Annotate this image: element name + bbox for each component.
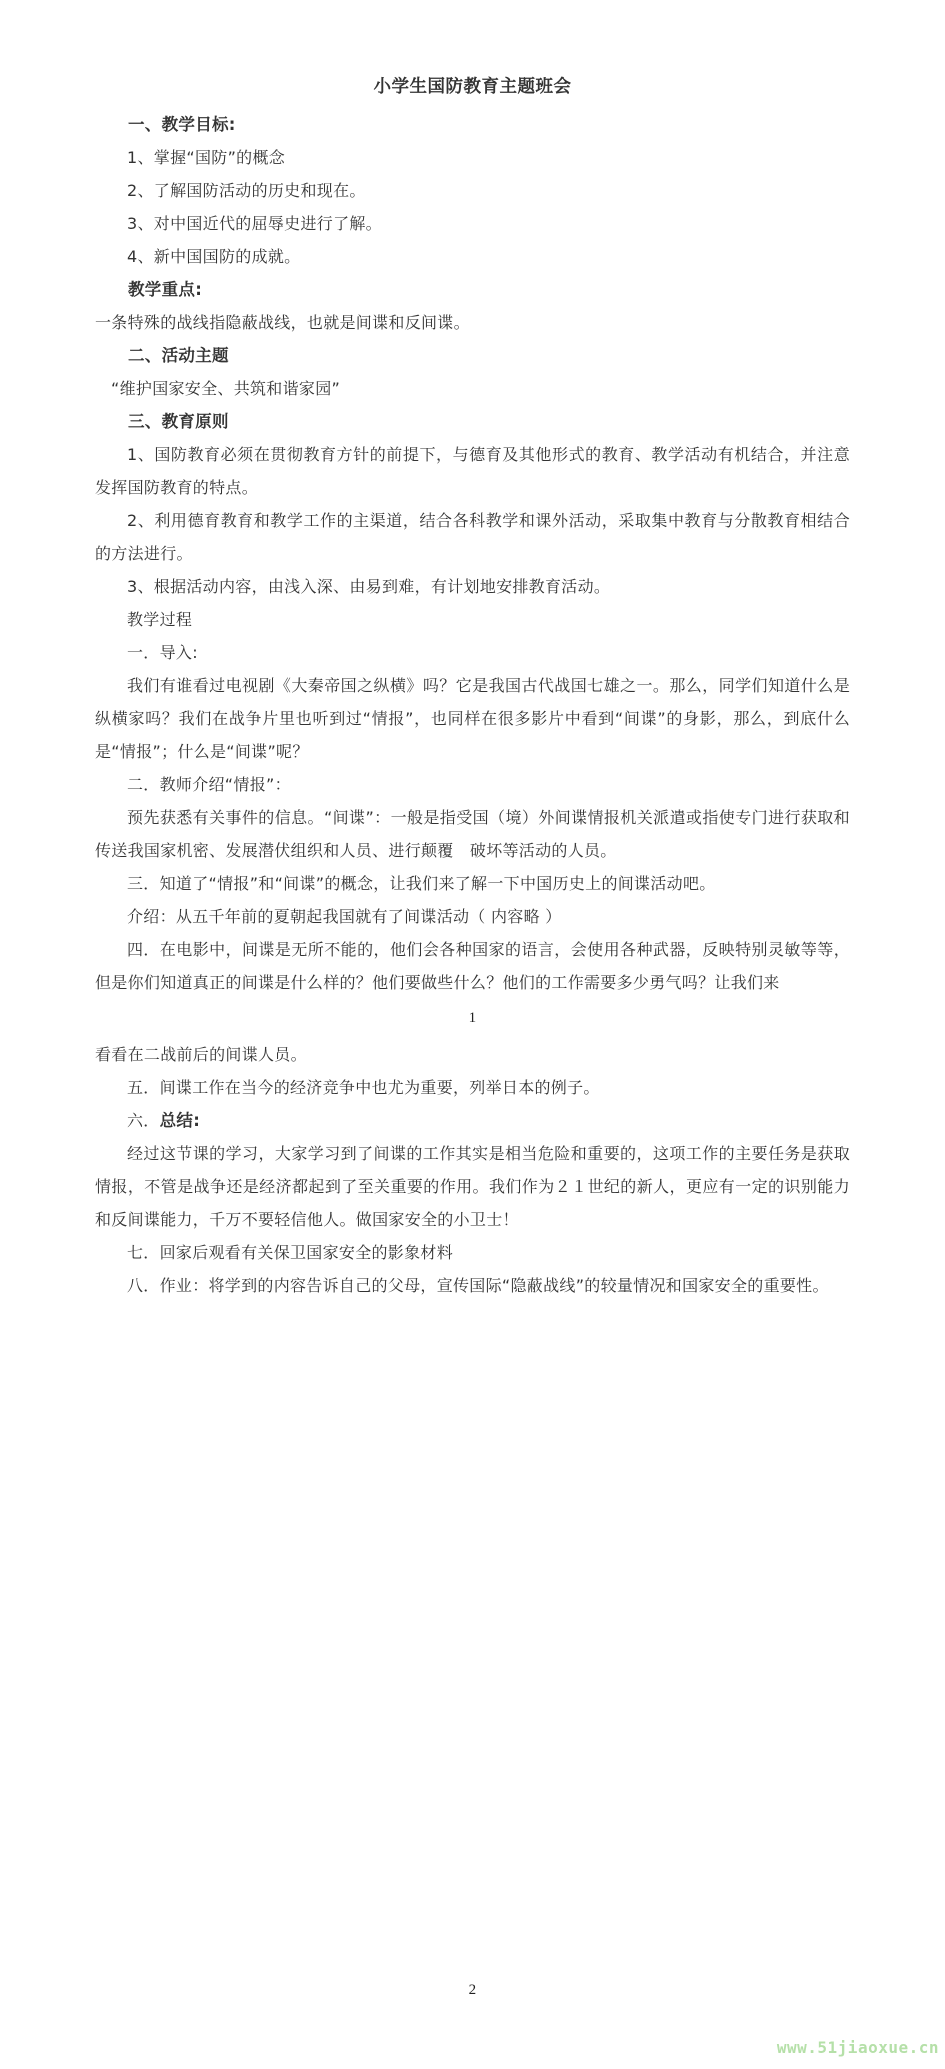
paragraph: 3、根据活动内容，由浅入深、由易到难，有计划地安排教育活动。 [95,570,850,603]
list-item: 2、了解国防活动的历史和现在。 [95,174,850,207]
list-item: 教学过程 [95,603,850,636]
paragraph: 四．在电影中，间谍是无所不能的，他们会各种国家的语言，会使用各种武器，反映特别灵… [95,933,850,999]
list-item: 3、对中国近代的屈辱史进行了解。 [95,207,850,240]
paragraph: 三．知道了“情报”和“间谍”的概念，让我们来了解一下中国历史上的间谍活动吧。 [95,867,850,900]
site-watermark: www.51jiaoxue.cn [777,2038,939,2057]
paragraph: 1、国防教育必须在贯彻教育方针的前提下，与德育及其他形式的教育、教学活动有机结合… [95,438,850,504]
paragraph: 我们有谁看过电视剧《大秦帝国之纵横》吗？它是我国古代战国七雄之一。那么，同学们知… [95,669,850,768]
paragraph: 2、利用德育教育和教学工作的主渠道，结合各科教学和课外活动，采取集中教育与分散教… [95,504,850,570]
paragraph: 七．回家后观看有关保卫国家安全的影象材料 [95,1236,850,1269]
list-item: 4、新中国国防的成就。 [95,240,850,273]
quote-line: “维护国家安全、共筑和谐家园” [95,372,850,405]
document-page: 小学生国防教育主题班会一、教学目标:1、掌握“国防”的概念2、了解国防活动的历史… [0,0,945,2069]
list-item: 一．导入: [95,636,850,669]
list-item: 二．教师介绍“情报”： [95,768,850,801]
list-item-prefix: 六． [127,1111,160,1130]
section-heading: 教学重点: [95,273,850,306]
paragraph: 经过这节课的学习，大家学习到了间谍的工作其实是相当危险和重要的，这项工作的主要任… [95,1137,850,1236]
page-number-2: 2 [95,1974,850,2007]
paragraph: 看看在二战前后的间谍人员。 [95,1038,850,1071]
paragraph: 五．间谍工作在当今的经济竞争中也尤为重要，列举日本的例子。 [95,1071,850,1104]
section-heading: 一、教学目标: [95,108,850,141]
list-item: 六．总结: [95,1104,850,1137]
paragraph: 一条特殊的战线指隐蔽战线，也就是间谍和反间谍。 [95,306,850,339]
section-heading: 三、教育原则 [95,405,850,438]
paragraph: 八．作业：将学到的内容告诉自己的父母，宣传国际“隐蔽战线”的较量情况和国家安全的… [95,1269,850,1302]
bold-label: 总结: [160,1111,201,1130]
paragraph: 预先获悉有关事件的信息。“间谍”：一般是指受国（境）外间谍情报机关派遣或指使专门… [95,801,850,867]
list-item: 1、掌握“国防”的概念 [95,141,850,174]
paragraph: 介绍：从五千年前的夏朝起我国就有了间谍活动（ 内容略 ） [95,900,850,933]
document-title: 小学生国防教育主题班会 [95,68,850,106]
section-heading: 二、活动主题 [95,339,850,372]
document-body: 小学生国防教育主题班会一、教学目标:1、掌握“国防”的概念2、了解国防活动的历史… [0,0,945,2007]
page-number-1: 1 [95,1002,850,1035]
